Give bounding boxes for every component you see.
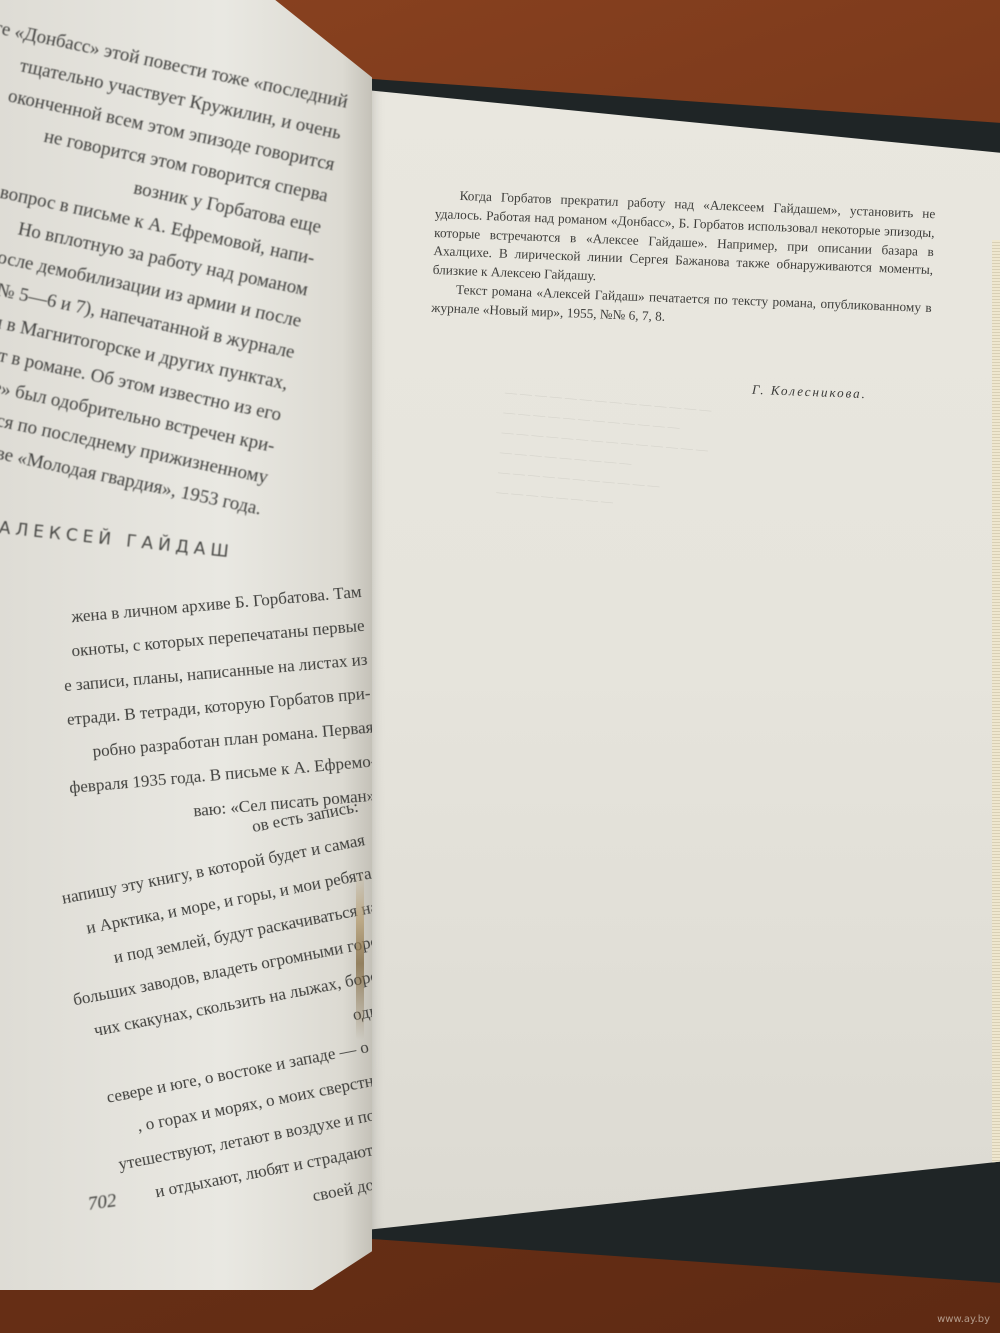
- right-page-text: Когда Горбатов прекратил работу над «Але…: [431, 186, 936, 337]
- page-stack-edge: [992, 240, 1000, 1270]
- page-number: 702: [87, 1190, 118, 1216]
- left-page-quote-text: ов есть запись:напишу эту книгу, в котор…: [0, 790, 433, 1262]
- spine-tear: [356, 870, 364, 1040]
- section-heading: АЛЕКСЕЙ ГАЙДАШ: [0, 518, 234, 563]
- left-page: …книге «Донбасс» этой повести тоже «посл…: [0, 0, 372, 1290]
- left-page-top-text: …книге «Донбасс» этой повести тоже «посл…: [0, 0, 351, 526]
- watermark: www.ay.by: [937, 1314, 990, 1325]
